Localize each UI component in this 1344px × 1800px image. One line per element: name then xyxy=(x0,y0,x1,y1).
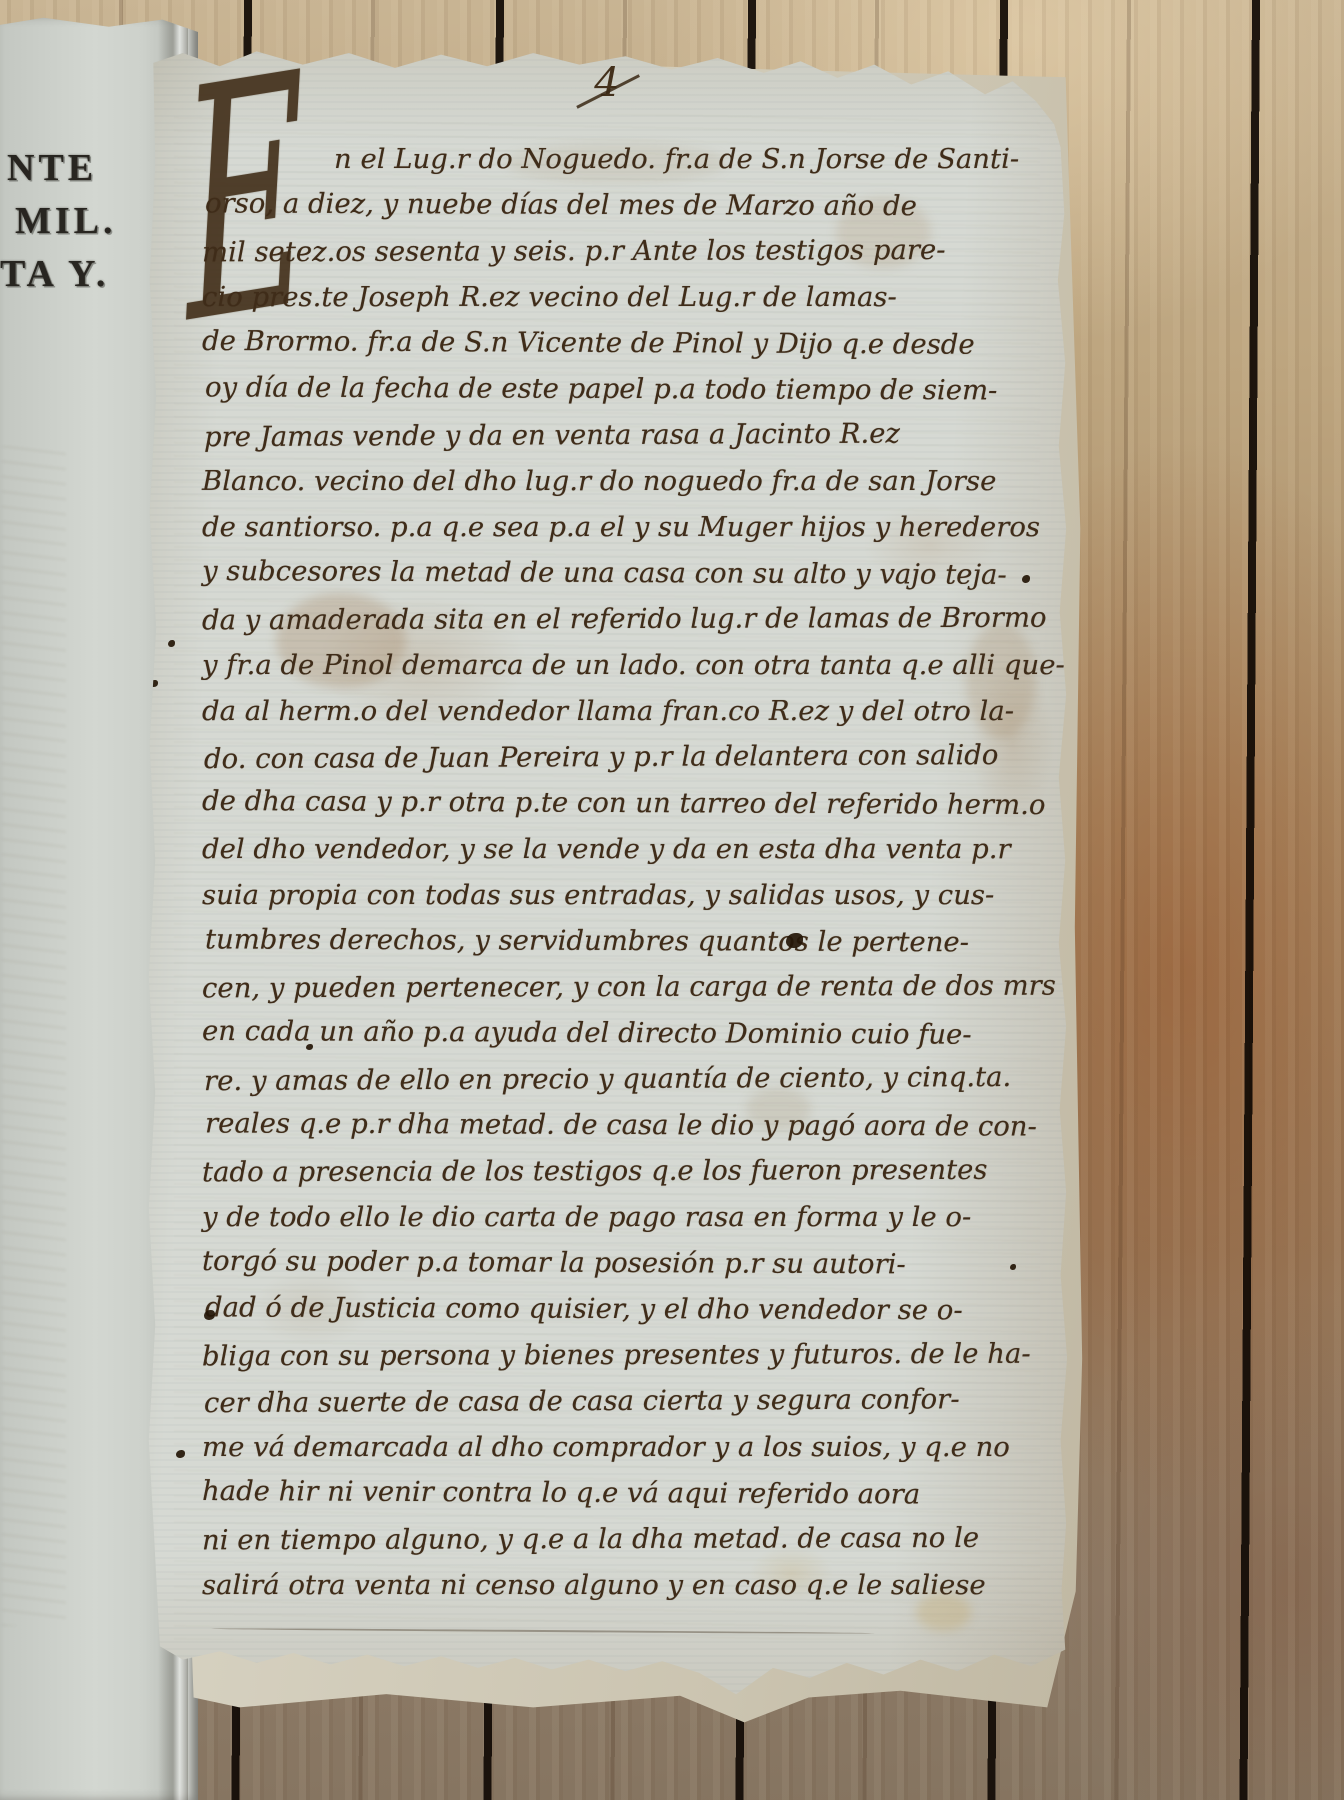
stamp-text-line: MIL. xyxy=(15,195,117,248)
manuscript-line: ni en tiempo alguno, y q.e a la dha meta… xyxy=(202,1515,1040,1564)
manuscript-page: 4 E n el Lug.r do Noguedo. fr.a de S.n J… xyxy=(146,48,1068,1706)
manuscript-line: de Brormo. fr.a de S.n Vicente de Pinol … xyxy=(202,318,1040,368)
manuscript-line: cen, y pueden pertenecer, y con la carga… xyxy=(202,963,1040,1012)
manuscript-line: mil setez.os sesenta y seis. p.r Ante lo… xyxy=(202,227,1040,276)
manuscript-line: suia propia con todas sus entradas, y sa… xyxy=(202,872,1040,918)
manuscript-line: reales q.e p.r dha metad. de casa le dio… xyxy=(205,1100,1043,1149)
manuscript-line: cio pres.te Joseph R.ez vecino del Lug.r… xyxy=(202,274,1040,320)
manuscript-line: tumbres derechos, y servidumbres quantos… xyxy=(205,916,1043,965)
manuscript-line: me vá demarcada al dho comprador y a los… xyxy=(202,1424,1040,1470)
manuscript-line: y subcesores la metad de una casa con su… xyxy=(202,548,1040,598)
manuscript-line: pre Jamas vende y da en venta rasa a Jac… xyxy=(204,410,1042,460)
manuscript-line: salirá otra venta ni censo alguno y en c… xyxy=(202,1562,1040,1608)
ink-blot xyxy=(168,640,175,647)
manuscript-line: de dha casa y p.r otra p.te con un tarre… xyxy=(202,778,1040,828)
manuscript-line: cer dha suerte de casa de casa cierta y … xyxy=(204,1376,1042,1426)
manuscript-line: hade hir ni venir contra lo q.e vá aqui … xyxy=(202,1468,1040,1518)
manuscript-line: Blanco. vecino del dho lug.r do noguedo … xyxy=(202,458,1040,504)
manuscript-line: del dho vendedor, y se la vende y da en … xyxy=(202,826,1040,872)
manuscript-line: tado a presencia de los testigos q.e los… xyxy=(202,1147,1040,1196)
tax-stamp-fragment: NTEMIL.TA Y. xyxy=(0,142,117,301)
manuscript-photo: NTEMIL.TA Y. 4 E n el Lug.r do Noguedo. … xyxy=(0,0,1344,1800)
manuscript-line: n el Lug.r do Noguedo. fr.a de S.n Jorse… xyxy=(334,136,1040,182)
manuscript-line: da y amaderada sita en el referido lug.r… xyxy=(202,595,1040,644)
manuscript-line: orso, a diez, y nuebe días del mes de Ma… xyxy=(205,180,1043,229)
bleed-through-writing xyxy=(2,446,66,1626)
manuscript-line: torgó su poder p.a tomar la posesión p.r… xyxy=(202,1238,1040,1288)
manuscript-line: dad ó de Justicia como quisier, y el dho… xyxy=(205,1284,1043,1333)
ink-blot xyxy=(1010,1264,1016,1270)
manuscript-line: y fr.a de Pinol demarca de un lado. con … xyxy=(202,642,1040,688)
manuscript-line: oy día de la fecha de este papel p.a tod… xyxy=(205,364,1043,413)
stamp-text-line: NTE xyxy=(7,142,117,195)
manuscript-line: do. con casa de Juan Pereira y p.r la de… xyxy=(204,732,1042,782)
ink-blot xyxy=(176,1450,185,1458)
stamp-text-line: TA Y. xyxy=(0,248,117,301)
manuscript-line: da al herm.o del vendedor llama fran.co … xyxy=(202,688,1040,734)
folio-number-text: 4 xyxy=(594,60,619,106)
manuscript-line: re. y amas de ello en precio y quantía d… xyxy=(204,1054,1042,1104)
manuscript-line: y de todo ello le dio carta de pago rasa… xyxy=(202,1194,1040,1240)
ink-blot xyxy=(306,1044,313,1050)
manuscript-line: de santiorso. p.a q.e sea p.a el y su Mu… xyxy=(202,504,1040,550)
manuscript-line: en cada un año p.a ayuda del directo Dom… xyxy=(202,1008,1040,1058)
manuscript-text: n el Lug.r do Noguedo. fr.a de S.n Jorse… xyxy=(202,136,1040,1608)
manuscript-line: bliga con su persona y bienes presentes … xyxy=(202,1331,1040,1380)
